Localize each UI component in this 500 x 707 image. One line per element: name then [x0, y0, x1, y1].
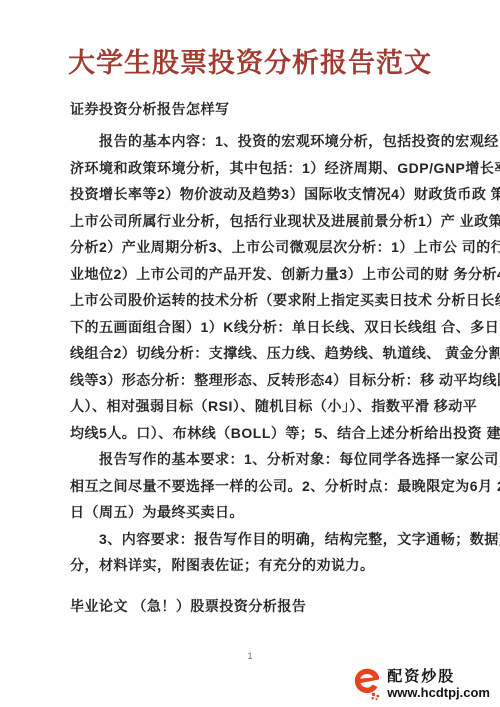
text-line: 均线5人。口）、布林线（BOLL）等；5、结合上述分析给出投资 建议。 [70, 420, 440, 447]
brand-name: 配资炒股 [387, 668, 490, 685]
brand-url: www.hcdtpj.com [387, 685, 490, 700]
text-line: 人）、相对强弱目标（RSI）、随机目标（小」）、指数平滑 移动平 [70, 393, 440, 420]
subheading: 证券投资分析报告怎样写 [70, 99, 440, 119]
text-line: 报告的基本内容：1、投资的宏观环境分析，包括投资的宏观经 [70, 128, 440, 155]
text-line: 分，材料详实，附图表佐证；有充分的劝说力。 [70, 552, 440, 579]
site-watermark: 配资炒股 www.hcdtpj.com [353, 667, 490, 700]
text-line: 济环境和政策环境分析，其中包括：1）经济周期、GDP/GNP增长率、 [70, 155, 440, 182]
text-line: 相互之间尽量不要选择一样的公司。2、分析时点：最晚限定为6月 25 [70, 473, 440, 500]
text-line: 日（周五）为最终买卖日。 [70, 499, 440, 526]
text-line: 线等3）形态分析：整理形态、反转形态4）目标分析：移 动平均线国 [70, 367, 440, 394]
text-line: 业地位2）上市公司的产品开发、创新力量3）上市公司的财 务分析4、 [70, 261, 440, 288]
text-line: 上市公司所属行业分析，包括行业现状及进展前景分析1）产 业政策 [70, 208, 440, 235]
page-number: 1 [0, 651, 500, 661]
footnote-line: 毕业论文 （急！）股票投资分析报告 [70, 596, 440, 616]
text-line: 上市公司股价运转的技术分析（要求附上指定买卖日技术 分析日长线 [70, 287, 440, 314]
text-line: 3、内容要求：报告写作目的明确，结构完整，文字通畅；数据充 [70, 526, 440, 553]
body-text: 报告的基本内容：1、投资的宏观环境分析，包括投资的宏观经济环境和政策环境分析，其… [70, 128, 440, 579]
document-page: 大学生股票投资分析报告范文 证券投资分析报告怎样写 报告的基本内容：1、投资的宏… [0, 0, 500, 707]
document-body: 证券投资分析报告怎样写 报告的基本内容：1、投资的宏观环境分析，包括投资的宏观经… [0, 99, 500, 616]
text-line: 下的五画面组合图）1）K线分析：单日长线、双日长线组 合、多日K [70, 314, 440, 341]
text-line: 线组合2）切线分析：支撑线、压力线、趋势线、轨道线、 黄金分割 [70, 340, 440, 367]
watermark-text: 配资炒股 www.hcdtpj.com [387, 668, 490, 700]
text-line: 报告写作的基本要求：1、分析对象：每位同学各选择一家公司， [70, 446, 440, 473]
e-swoosh-icon [353, 667, 381, 700]
document-title: 大学生股票投资分析报告范文 [0, 0, 500, 80]
text-line: 分析2）产业周期分析3、上市公司微观层次分析：1）上市公 司的行 [70, 234, 440, 261]
text-line: 投资增长率等2）物价波动及趋势3）国际收支情况4）财政货币政 策2、 [70, 181, 440, 208]
